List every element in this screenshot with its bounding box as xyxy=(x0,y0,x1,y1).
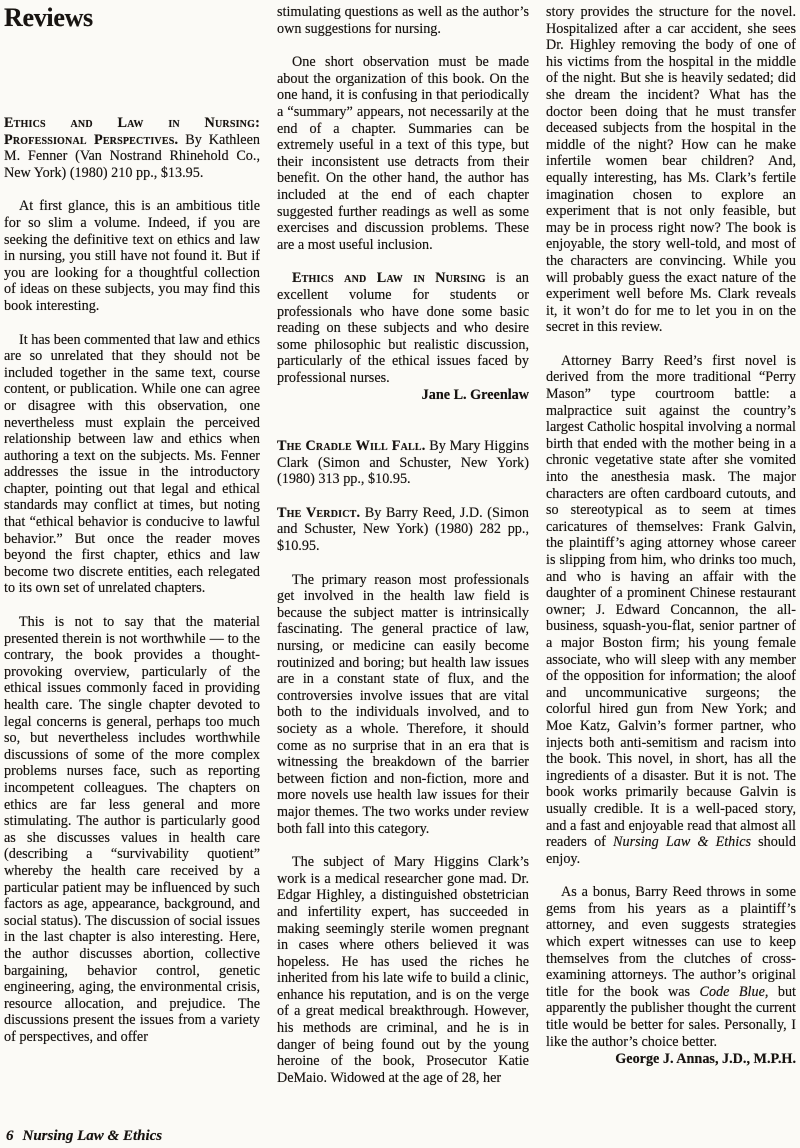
review-columns: Reviews Ethics and Law in Nursing: Profe… xyxy=(4,4,797,1130)
review-paragraph-continuation: story provides the structure for the nov… xyxy=(546,4,796,336)
book-citation-verdict: The Verdict. By Barry Reed, J.D. (Simon … xyxy=(277,505,529,555)
book-title-smallcaps: The Verdict. xyxy=(277,505,360,521)
reviewer-signature: George J. Annas, J.D., M.P.H. xyxy=(546,1051,796,1068)
review-paragraph-reed: Attorney Barry Reed’s first novel is der… xyxy=(546,353,796,867)
review-paragraph: One short observation must be made about… xyxy=(277,54,529,253)
review-paragraph: This is not to say that the material pre… xyxy=(4,614,260,1045)
review-paragraph: The primary reason most professionals ge… xyxy=(277,572,529,838)
review-paragraph: The subject of Mary Higgins Clark’s work… xyxy=(277,854,529,1086)
column-3: story provides the structure for the nov… xyxy=(546,4,796,1130)
page-footer: 6Nursing Law & Ethics xyxy=(6,1128,162,1144)
review-paragraph-bonus: As a bonus, Barry Reed throws in some ge… xyxy=(546,884,796,1050)
book-title-italic: Code Blue, xyxy=(700,984,769,1000)
review-paragraph: At first glance, this is an ambitious ti… xyxy=(4,198,260,314)
book-title-smallcaps: Ethics and Law in Nursing xyxy=(292,270,486,286)
page-title: Reviews xyxy=(4,4,260,31)
review-paragraph-text: Attorney Barry Reed’s first novel is der… xyxy=(546,353,796,850)
book-citation-cradle: The Cradle Will Fall. By Mary Higgins Cl… xyxy=(277,438,529,488)
review-paragraph-text: As a bonus, Barry Reed throws in some ge… xyxy=(546,884,796,1000)
book-title-smallcaps: The Cradle Will Fall. xyxy=(277,438,426,454)
journal-name-italic: Nursing Law & Ethics xyxy=(613,834,751,850)
reviewer-signature: Jane L. Greenlaw xyxy=(277,387,529,404)
column-1: Reviews Ethics and Law in Nursing: Profe… xyxy=(4,4,260,1130)
review-paragraph-text: is an excellent volume for students or p… xyxy=(277,270,529,386)
footer-journal-title: Nursing Law & Ethics xyxy=(23,1128,163,1144)
review-paragraph-assessment: Ethics and Law in Nursing is an excellen… xyxy=(277,270,529,386)
book-citation-fenner: Ethics and Law in Nursing: Professional … xyxy=(4,115,260,181)
review-paragraph-continuation: stimulating questions as well as the aut… xyxy=(277,4,529,37)
column-2: stimulating questions as well as the aut… xyxy=(277,4,529,1130)
journal-page: Reviews Ethics and Law in Nursing: Profe… xyxy=(0,0,800,1148)
review-paragraph: It has been commented that law and ethic… xyxy=(4,332,260,598)
footer-page-number: 6 xyxy=(6,1128,14,1144)
